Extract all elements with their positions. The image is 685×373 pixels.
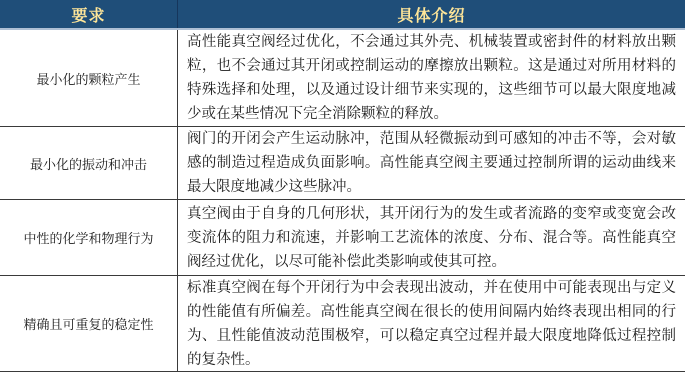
requirement-cell: 精确且可重复的稳定性 xyxy=(0,276,178,371)
requirements-table: 要求 具体介绍 最小化的颗粒产生 高性能真空阀经过优化，不会通过其外壳、机械装置… xyxy=(0,0,685,373)
detail-cell: 阀门的开闭会产生运动脉冲，范围从轻微振动到可感知的冲击不等，会对敏感的制造过程造… xyxy=(178,127,685,199)
table-row: 中性的化学和物理行为 真空阀由于自身的几何形状，其开闭行为的发生或者流路的变窄或… xyxy=(0,200,685,276)
table-header-row: 要求 具体介绍 xyxy=(0,0,685,30)
detail-text: 真空阀由于自身的几何形状，其开闭行为的发生或者流路的变窄或变宽会改变流体的阻力和… xyxy=(187,202,676,274)
header-cell-detail: 具体介绍 xyxy=(178,0,685,28)
detail-cell: 标准真空阀在每个开闭行为中会表现出波动，并在使用中可能表现出与定义的性能值有所偏… xyxy=(178,276,685,371)
detail-text: 阀门的开闭会产生运动脉冲，范围从轻微振动到可感知的冲击不等，会对敏感的制造过程造… xyxy=(187,127,676,199)
requirement-cell: 最小化的振动和冲击 xyxy=(0,127,178,199)
detail-cell: 真空阀由于自身的几何形状，其开闭行为的发生或者流路的变窄或变宽会改变流体的阻力和… xyxy=(178,200,685,275)
detail-text: 标准真空阀在每个开闭行为中会表现出波动，并在使用中可能表现出与定义的性能值有所偏… xyxy=(187,276,676,372)
requirement-cell: 中性的化学和物理行为 xyxy=(0,200,178,275)
table-row: 最小化的振动和冲击 阀门的开闭会产生运动脉冲，范围从轻微振动到可感知的冲击不等，… xyxy=(0,127,685,200)
detail-cell: 高性能真空阀经过优化，不会通过其外壳、机械装置或密封件的材料放出颗粒，也不会通过… xyxy=(178,30,685,126)
detail-text: 高性能真空阀经过优化，不会通过其外壳、机械装置或密封件的材料放出颗粒，也不会通过… xyxy=(187,30,676,126)
header-cell-requirement: 要求 xyxy=(0,0,178,28)
table-row: 最小化的颗粒产生 高性能真空阀经过优化，不会通过其外壳、机械装置或密封件的材料放… xyxy=(0,30,685,127)
table-row: 精确且可重复的稳定性 标准真空阀在每个开闭行为中会表现出波动，并在使用中可能表现… xyxy=(0,276,685,372)
requirement-cell: 最小化的颗粒产生 xyxy=(0,30,178,126)
